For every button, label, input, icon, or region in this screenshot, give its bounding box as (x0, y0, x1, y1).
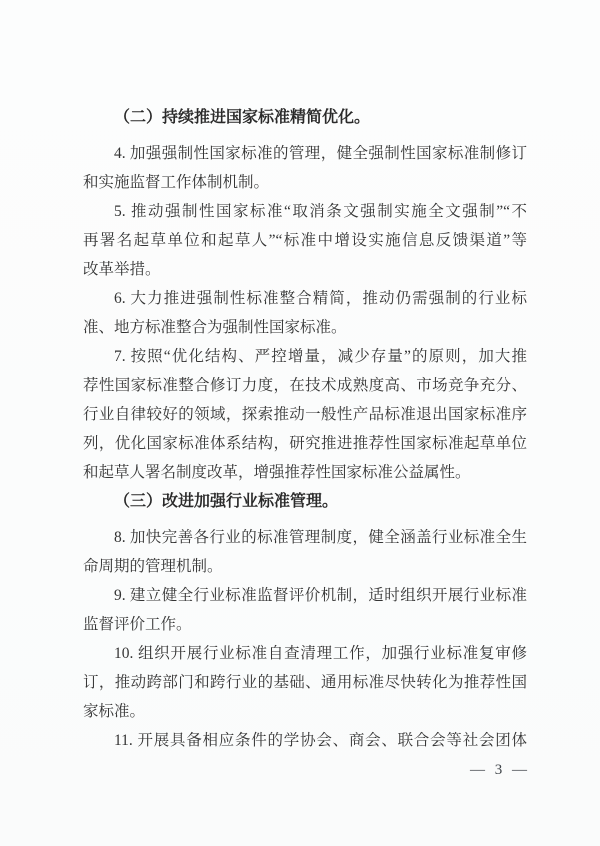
section-heading: （二）持续推进国家标准精简优化。 (83, 103, 527, 132)
text-line: 和实施监督工作体制机制。 (83, 168, 527, 197)
text-line: 监督评价工作。 (83, 610, 527, 639)
text-line: 9. 建立健全行业标准监督评价机制，适时组织开展行业标准 (83, 581, 527, 610)
text-line: 行业自律较好的领域，探索推动一般性产品标准退出国家标准序 (83, 400, 527, 429)
text-line: 8. 加快完善各行业的标准管理制度，健全涵盖行业标准全生 (83, 523, 527, 552)
text-line: 11. 开展具备相应条件的学协会、商会、联合会等社会团体 (83, 726, 527, 755)
text-line: 改革举措。 (83, 255, 527, 284)
text-line: 列，优化国家标准体系结构，研究推进推荐性国家标准起草单位 (83, 429, 527, 458)
document-text-block: （二）持续推进国家标准精简优化。4. 加强强制性国家标准的管理，健全强制性国家标… (83, 103, 527, 755)
page-number: — 3 — (470, 762, 530, 779)
text-line: 命周期的管理机制。 (83, 552, 527, 581)
text-line: 家标准。 (83, 697, 527, 726)
text-line: 7. 按照“优化结构、严控增量，减少存量”的原则，加大推 (83, 342, 527, 371)
text-line: 4. 加强强制性国家标准的管理，健全强制性国家标准制修订 (83, 139, 527, 168)
text-line: 5. 推动强制性国家标准“取消条文强制实施全文强制”“不 (83, 197, 527, 226)
text-line: 准、地方标准整合为强制性国家标准。 (83, 313, 527, 342)
text-line: 10. 组织开展行业标准自查清理工作，加强行业标准复审修 (83, 639, 527, 668)
text-line: 和起草人署名制度改革，增强推荐性国家标准公益属性。 (83, 458, 527, 487)
section-heading: （三）改进加强行业标准管理。 (83, 487, 527, 516)
text-line: 再署名起草单位和起草人”“标准中增设实施信息反馈渠道”等 (83, 226, 527, 255)
document-page: （二）持续推进国家标准精简优化。4. 加强强制性国家标准的管理，健全强制性国家标… (0, 0, 600, 846)
text-line: 6. 大力推进强制性标准整合精简，推动仍需强制的行业标 (83, 284, 527, 313)
text-line: 荐性国家标准整合修订力度，在技术成熟度高、市场竞争充分、 (83, 371, 527, 400)
text-line: 订，推动跨部门和跨行业的基础、通用标准尽快转化为推荐性国 (83, 668, 527, 697)
